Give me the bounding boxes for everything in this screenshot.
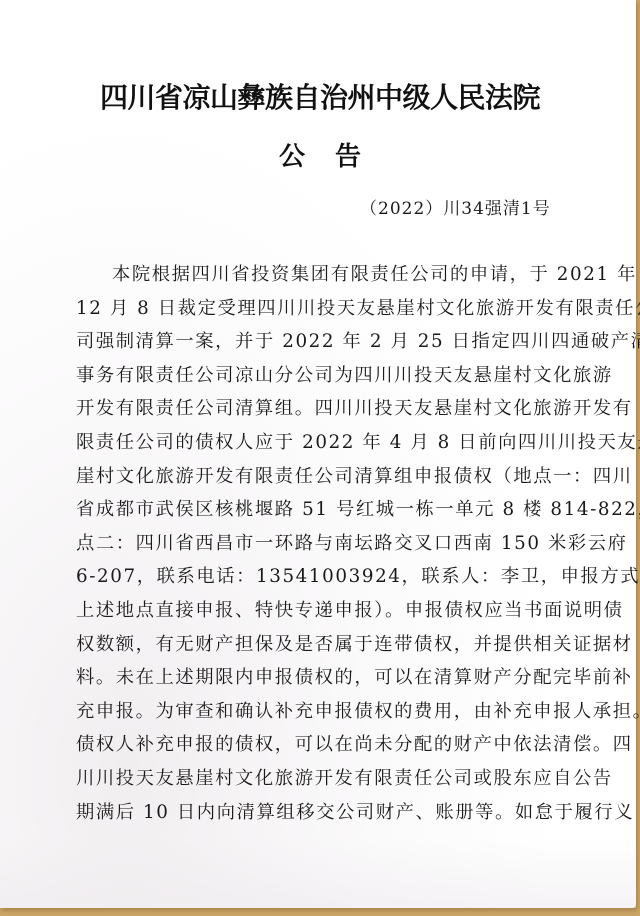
body-line: 崖村文化旅游开发有限责任公司清算组申报债权（地点一：四川 [76,460,586,494]
body-line: 充申报。为审查和确认补充申报债权的费用，由补充申报人承担。 [76,695,586,729]
body-line: 上述地点直接申报、特快专递申报）。申报债权应当书面说明债 [76,594,586,628]
notice-title: 公告 [0,136,640,173]
paper-shadow [0,840,636,908]
body-line: 省成都市武侯区核桃堰路 51 号红城一栋一单元 8 楼 814-822，地 [76,493,586,527]
body-line: 期满后 10 日内向清算组移交公司财产、账册等。如怠于履行义 [76,796,586,830]
case-number: （2022）川34强清1号 [360,194,551,219]
body-line: 债权人补充申报的债权，可以在尚未分配的财产中依法清偿。四 [76,728,586,762]
body-line: 事务有限责任公司凉山分公司为四川川投天友悬崖村文化旅游 [76,359,586,393]
notice-body: 本院根据四川省投资集团有限责任公司的申请，于 2021 年 12 月 8 日裁定… [76,258,586,829]
body-line: 6-207，联系电话：13541003924，联系人：李卫，申报方式：到 [76,560,586,594]
court-name-heading: 四川省凉山彝族自治州中级人民法院 [0,76,640,116]
body-line: 开发有限责任公司清算组。四川川投天友悬崖村文化旅游开发有 [76,392,586,426]
body-line: 料。未在上述期限内申报债权的，可以在清算财产分配完毕前补 [76,661,586,695]
body-line: 权数额，有无财产担保及是否属于连带债权，并提供相关证据材 [76,628,586,662]
body-line: 点二：四川省西昌市一环路与南坛路交叉口西南 150 米彩云府 [76,527,586,561]
body-line: 司强制清算一案，并于 2022 年 2 月 25 日指定四川四通破产清算 [76,325,586,359]
body-line: 12 月 8 日裁定受理四川川投天友悬崖村文化旅游开发有限责任公 [76,292,586,326]
body-line: 川川投天友悬崖村文化旅游开发有限责任公司或股东应自公告 [76,762,586,796]
body-line: 限责任公司的债权人应于 2022 年 4 月 8 日前向四川川投天友悬 [76,426,586,460]
body-line: 本院根据四川省投资集团有限责任公司的申请，于 2021 年 [76,258,586,292]
